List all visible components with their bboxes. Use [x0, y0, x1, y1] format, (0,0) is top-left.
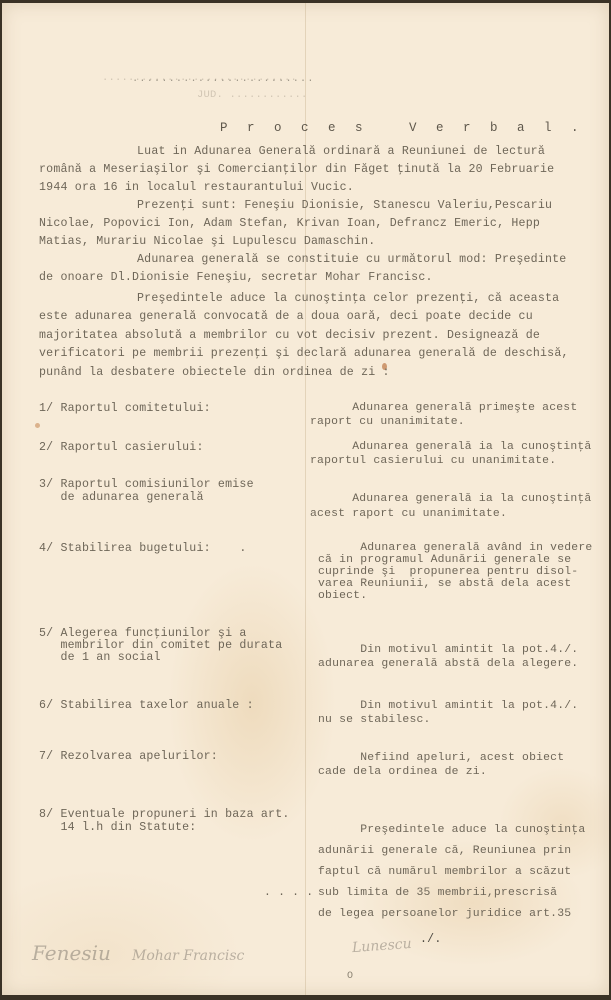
- text-line: de onoare Dl.Dionisie Feneşiu, secretar …: [39, 269, 433, 286]
- text-line: Preşedintele aduce la cunoştinţa celor p…: [137, 290, 559, 307]
- agenda-resolution-line: adunarea generală abstă dela alegere.: [318, 658, 578, 672]
- continuation-mark: ./.: [420, 931, 449, 948]
- agenda-resolution-line: adunării generale că, Reuniunea prin: [318, 845, 571, 859]
- agenda-resolution-line: Din motivul amintit la pot.4./.: [318, 644, 578, 658]
- text-line: Nicolae, Popovici Ion, Adam Stefan, Kriv…: [39, 215, 540, 232]
- agenda-item-label: 8/ Eventuale propuneri in baza art.: [39, 808, 290, 821]
- agenda-resolution-line: cade dela ordinea de zi.: [318, 766, 487, 780]
- agenda-resolution-line: raportul casierului cu unanimitate.: [310, 455, 556, 469]
- agenda-resolution-line: raport cu unanimitate.: [310, 416, 465, 430]
- text-line: este adunarea generală convocată de a do…: [39, 308, 533, 325]
- ghost-line: JUD. ............: [197, 87, 308, 104]
- text-line: Matias, Murariu Nicolae şi Lupulescu Dam…: [39, 233, 375, 250]
- agenda-item-label: de adunarea generală: [39, 491, 204, 504]
- text-line: Luat in Adunarea Generală ordinară a Reu…: [137, 143, 545, 160]
- agenda-item-label: 1/ Raportul comitetului:: [39, 400, 211, 417]
- agenda-resolution-line: nu se stabilesc.: [318, 714, 431, 728]
- document-page: .............................. .........…: [2, 3, 609, 995]
- agenda-item-label: 7/ Rezolvarea apelurilor:: [39, 748, 218, 765]
- text-line: 1944 ora 16 in localul restaurantului Vu…: [39, 179, 354, 196]
- agenda-resolution-line: Adunarea generală ia la cunoştinţă: [310, 441, 591, 455]
- agenda-resolution-line: de legea persoanelor juridice art.35: [318, 908, 571, 922]
- agenda-resolution-line: că in programul Adunării generale se: [318, 554, 571, 567]
- agenda-resolution-line: Din motivul amintit la pot.4./.: [318, 700, 578, 714]
- agenda-resolution-line: sub limita de 35 membrii,prescrisă: [318, 887, 557, 901]
- agenda-item-label: 4/ Stabilirea bugetului: .: [39, 540, 247, 557]
- agenda-resolution-line: Nefiind apeluri, acest obiect: [318, 752, 564, 766]
- signature: Lunescu: [352, 936, 413, 956]
- agenda-item-label: 6/ Stabilirea taxelor anuale :: [39, 697, 254, 714]
- agenda-resolution-line: Adunarea generală având in vedere: [318, 542, 592, 555]
- agenda-item-label: 3/ Raportul comisiunilor emise: [39, 478, 254, 491]
- agenda-resolution-line: cuprinde şi propunerea pentru disol-: [318, 566, 578, 579]
- text-line: verificatori pe membrii prezenţi şi decl…: [39, 345, 569, 362]
- agenda-resolution-line: varea Reuniunii, se abstă dela acest: [318, 578, 571, 591]
- agenda-resolution-line: obiect.: [318, 590, 367, 603]
- document-title: P r o c e s V e r b a l .: [220, 120, 585, 137]
- text-line: punând la desbatere obiectele din ordine…: [39, 364, 390, 381]
- text-line: română a Meseriaşilor şi Comercianţilor …: [39, 161, 554, 178]
- ghost-line: .........................: [132, 71, 322, 88]
- agenda-resolution-line: Adunarea generală ia la cunoştinţă: [310, 493, 591, 507]
- agenda-item-label: 14 l.h din Statute:: [39, 821, 196, 834]
- agenda-resolution-line: Adunarea generală primeşte acest: [310, 402, 577, 416]
- agenda-resolution-line: Preşedintele aduce la cunoştinţa: [318, 824, 585, 838]
- page-mark: O: [347, 968, 353, 985]
- stain-mark: [35, 423, 40, 428]
- text-line: majoritatea absolută a membrilor cu vot …: [39, 327, 540, 344]
- agenda-item-label: 2/ Raportul casierului:: [39, 439, 204, 456]
- text-line: Adunarea generală se constituie cu următ…: [137, 251, 566, 268]
- agenda-item-label: de 1 an social: [39, 652, 161, 665]
- agenda-resolution-line: acest raport cu unanimitate.: [310, 508, 507, 522]
- text-line: Prezenţi sunt: Feneşiu Dionisie, Stanesc…: [137, 197, 552, 214]
- signature: Mohar Francisc: [132, 948, 244, 964]
- leader-dots: . . . .: [264, 887, 313, 901]
- signature: Fenesiu: [32, 941, 111, 965]
- agenda-resolution-line: faptul că numărul membrilor a scăzut: [318, 866, 571, 880]
